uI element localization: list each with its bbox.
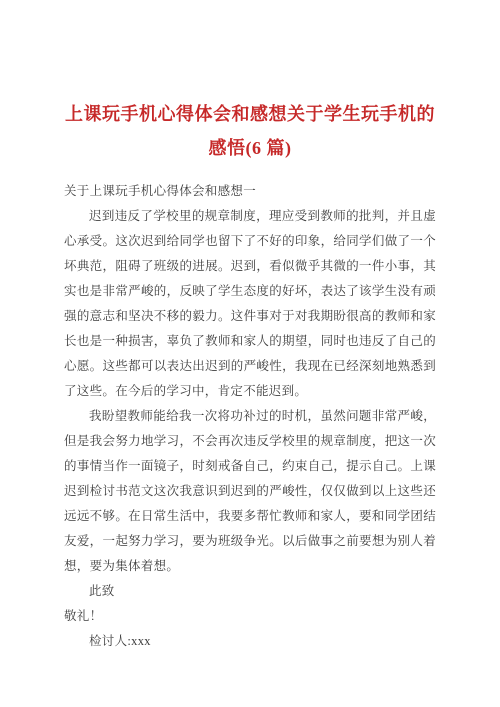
section-heading-line: 关于上课玩手机心得体会和感想一 bbox=[64, 179, 436, 204]
closing-signer-line: 检讨人:xxx bbox=[64, 629, 436, 654]
document-title: 上课玩手机心得体会和感想关于学生玩手机的感悟(6 篇) bbox=[59, 97, 441, 165]
body-paragraph: 我盼望教师能给我一次将功补过的时机，虽然问题非常严峻，但是我会努力地学习，不会再… bbox=[64, 404, 436, 579]
document-page: 上课玩手机心得体会和感想关于学生玩手机的感悟(6 篇) 关于上课玩手机心得体会和… bbox=[0, 0, 500, 707]
closing-salute-lead: 此致 bbox=[64, 579, 436, 604]
body-paragraph: 迟到违反了学校里的规章制度，理应受到教师的批判，并且虚心承受。这次迟到给同学也留… bbox=[64, 204, 436, 404]
document-body: 关于上课玩手机心得体会和感想一 迟到违反了学校里的规章制度，理应受到教师的批判，… bbox=[64, 179, 436, 654]
closing-salute: 敬礼！ bbox=[64, 604, 436, 629]
